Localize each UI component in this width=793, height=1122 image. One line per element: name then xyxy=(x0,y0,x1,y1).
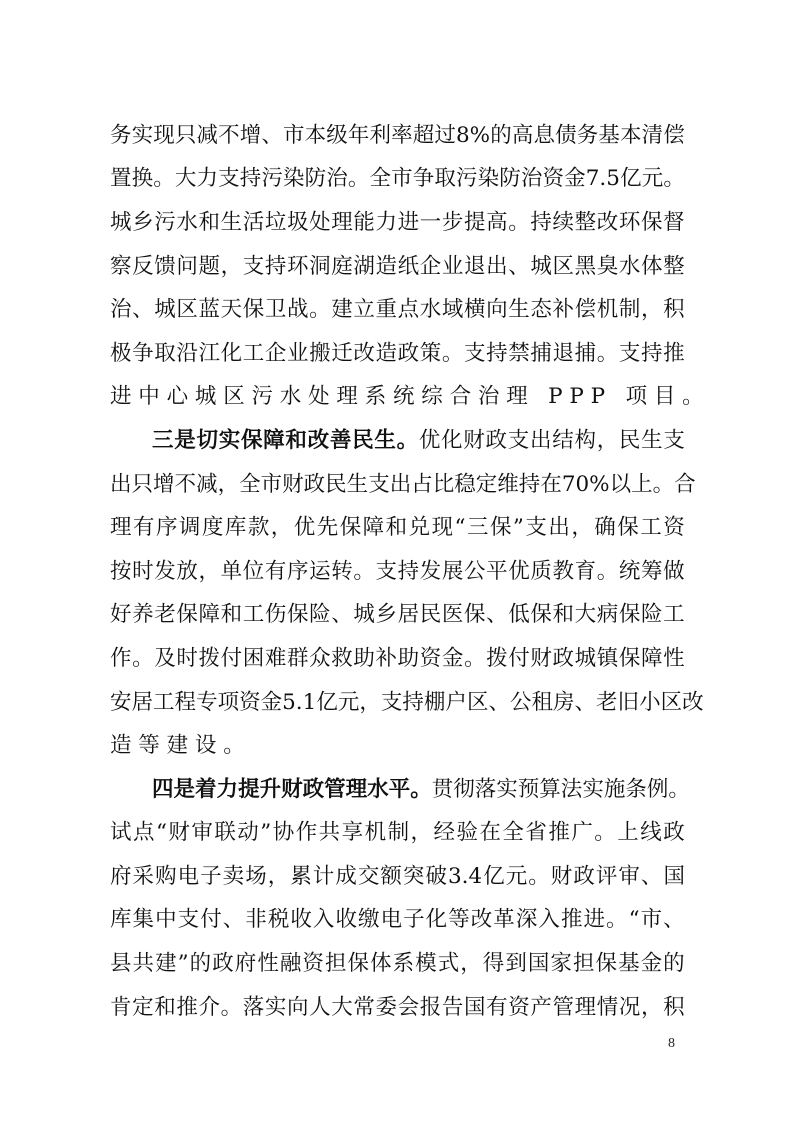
text-line: 三是切实保障和改善民生。优化财政支出结构，民生支 xyxy=(110,419,685,463)
text-line: 治、城区蓝天保卫战。建立重点水域横向生态补偿机制，积 xyxy=(110,288,685,332)
text-line: 府采购电子卖场，累计成交额突破3.4亿元。财政评审、国 xyxy=(110,855,685,899)
text-line: 务实现只减不增、市本级年利率超过8%的高息债务基本清偿 xyxy=(110,114,685,158)
text-line: 察反馈问题，支持环洞庭湖造纸企业退出、城区黑臭水体整 xyxy=(110,245,685,289)
text-line: 置换。大力支持污染防治。全市争取污染防治资金7.5亿元。 xyxy=(110,158,685,202)
body-text: 务实现只减不增、市本级年利率超过8%的高息债务基本清偿置换。大力支持污染防治。全… xyxy=(110,114,685,1029)
text-line: 极争取沿江化工企业搬迁改造政策。支持禁捕退捕。支持推 xyxy=(110,332,685,376)
text-line: 造等建设。 xyxy=(110,724,685,768)
text-line: 进中心城区污水处理系统综合治理 PPP 项目。 xyxy=(110,376,685,420)
line-text: 进中心城区污水处理系统综合治理 PPP 项目。 xyxy=(110,382,710,412)
line-text: 造等建设。 xyxy=(110,731,252,761)
text-line: 县共建”的政府性融资担保体系模式，得到国家担保基金的 xyxy=(110,942,685,986)
text-line: 好养老保障和工伤保险、城乡居民医保、低保和大病保险工 xyxy=(110,594,685,638)
text-line: 理有序调度库款，优先保障和兑现“三保”支出，确保工资 xyxy=(110,506,685,550)
text-line: 安居工程专项资金5.1亿元，支持棚户区、公租房、老旧小区改 xyxy=(110,681,685,725)
document-page: 务实现只减不增、市本级年利率超过8%的高息债务基本清偿置换。大力支持污染防治。全… xyxy=(0,0,793,1122)
text-line: 四是着力提升财政管理水平。贯彻落实预算法实施条例。 xyxy=(110,768,685,812)
text-line: 肯定和推介。落实向人大常委会报告国有资产管理情况，积 xyxy=(110,986,685,1030)
text-line: 按时发放，单位有序运转。支持发展公平优质教育。统筹做 xyxy=(110,550,685,594)
text-line: 作。及时拨付困难群众救助补助资金。拨付财政城镇保障性 xyxy=(110,637,685,681)
text-line: 试点“财审联动”协作共享机制，经验在全省推广。上线政 xyxy=(110,812,685,856)
text-line: 城乡污水和生活垃圾处理能力进一步提高。持续整改环保督 xyxy=(110,201,685,245)
text-line: 出只增不减，全市财政民生支出占比稳定维持在70%以上。合 xyxy=(110,463,685,507)
page-number: 8 xyxy=(668,1036,675,1052)
text-line: 库集中支付、非税收入收缴电子化等改革深入推进。“市、 xyxy=(110,899,685,943)
